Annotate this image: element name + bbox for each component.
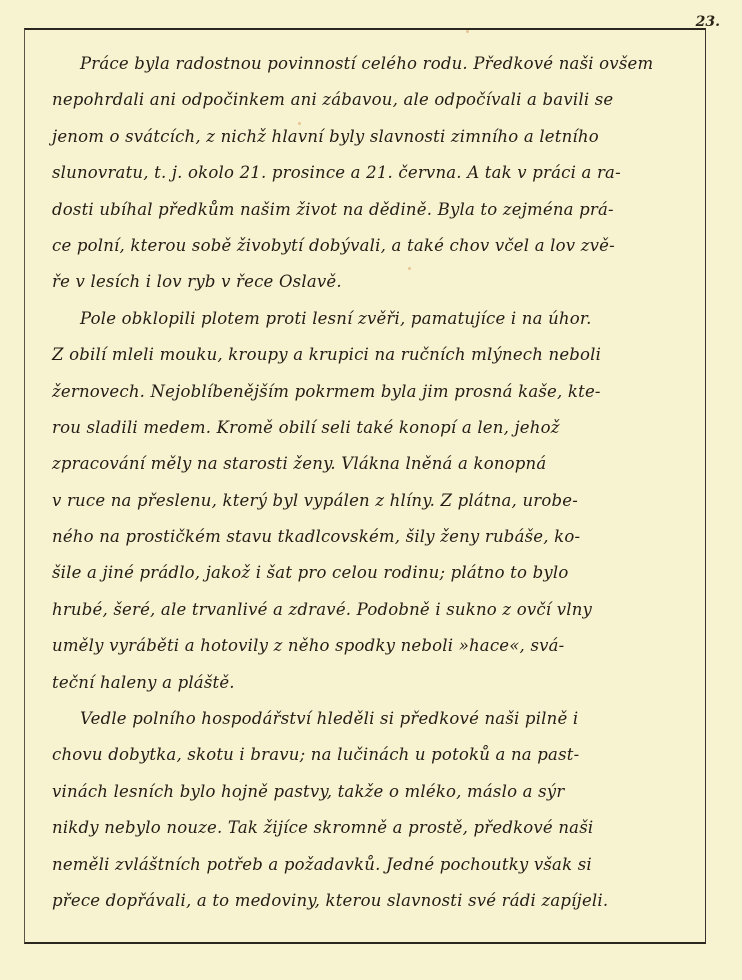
text-line: nepohrdali ani odpočinkem ani zábavou, a… xyxy=(52,82,702,118)
text-line: teční haleny a pláště. xyxy=(52,665,702,701)
text-line: uměly vyráběti a hotovily z něho spodky … xyxy=(52,628,702,664)
text-line: Z obilí mleli mouku, kroupy a krupici na… xyxy=(52,337,702,373)
text-line: jenom o svátcích, z nichž hlavní byly sl… xyxy=(52,119,702,155)
text-line: Práce byla radostnou povinností celého r… xyxy=(52,46,702,82)
paragraph-2: Pole obklopili plotem proti lesní zvěři,… xyxy=(52,301,702,701)
text-line: dosti ubíhal předkům našim život na dědi… xyxy=(52,192,702,228)
text-line: Pole obklopili plotem proti lesní zvěři,… xyxy=(52,301,702,337)
text-line: žernovech. Nejoblíbenějším pokrmem byla … xyxy=(52,374,702,410)
text-line: ře v lesích i lov ryb v řece Oslavě. xyxy=(52,264,702,300)
paper-stain xyxy=(298,122,301,125)
text-line: nikdy nebylo nouze. Tak žijíce skromně a… xyxy=(52,810,702,846)
paragraph-1: Práce byla radostnou povinností celého r… xyxy=(52,46,702,301)
text-line: ného na prostičkém stavu tkadlcovském, š… xyxy=(52,519,702,555)
text-line: Vedle polního hospodářství hleděli si př… xyxy=(52,701,702,737)
paper-stain xyxy=(466,30,469,33)
text-line: chovu dobytka, skotu i bravu; na lučinác… xyxy=(52,737,702,773)
text-line: přece dopřávali, a to medoviny, kterou s… xyxy=(52,883,702,919)
text-line: zpracování měly na starosti ženy. Vlákna… xyxy=(52,446,702,482)
text-line: hrubé, šeré, ale trvanlivé a zdravé. Pod… xyxy=(52,592,702,628)
text-line: rou sladili medem. Kromě obilí seli také… xyxy=(52,410,702,446)
text-line: šile a jiné prádlo, jakož i šat pro celo… xyxy=(52,555,702,591)
paragraph-3: Vedle polního hospodářství hleděli si př… xyxy=(52,701,702,919)
text-line: ce polní, kterou sobě živobytí dobývali,… xyxy=(52,228,702,264)
text-line: neměli zvláštních potřeb a požadavků. Je… xyxy=(52,847,702,883)
text-line: v ruce na přeslenu, který byl vypálen z … xyxy=(52,483,702,519)
handwritten-text-block: Práce byla radostnou povinností celého r… xyxy=(52,46,702,919)
text-line: slunovratu, t. j. okolo 21. prosince a 2… xyxy=(52,155,702,191)
text-line: vinách lesních bylo hojně pastvy, takže … xyxy=(52,774,702,810)
paper-stain xyxy=(408,267,411,270)
